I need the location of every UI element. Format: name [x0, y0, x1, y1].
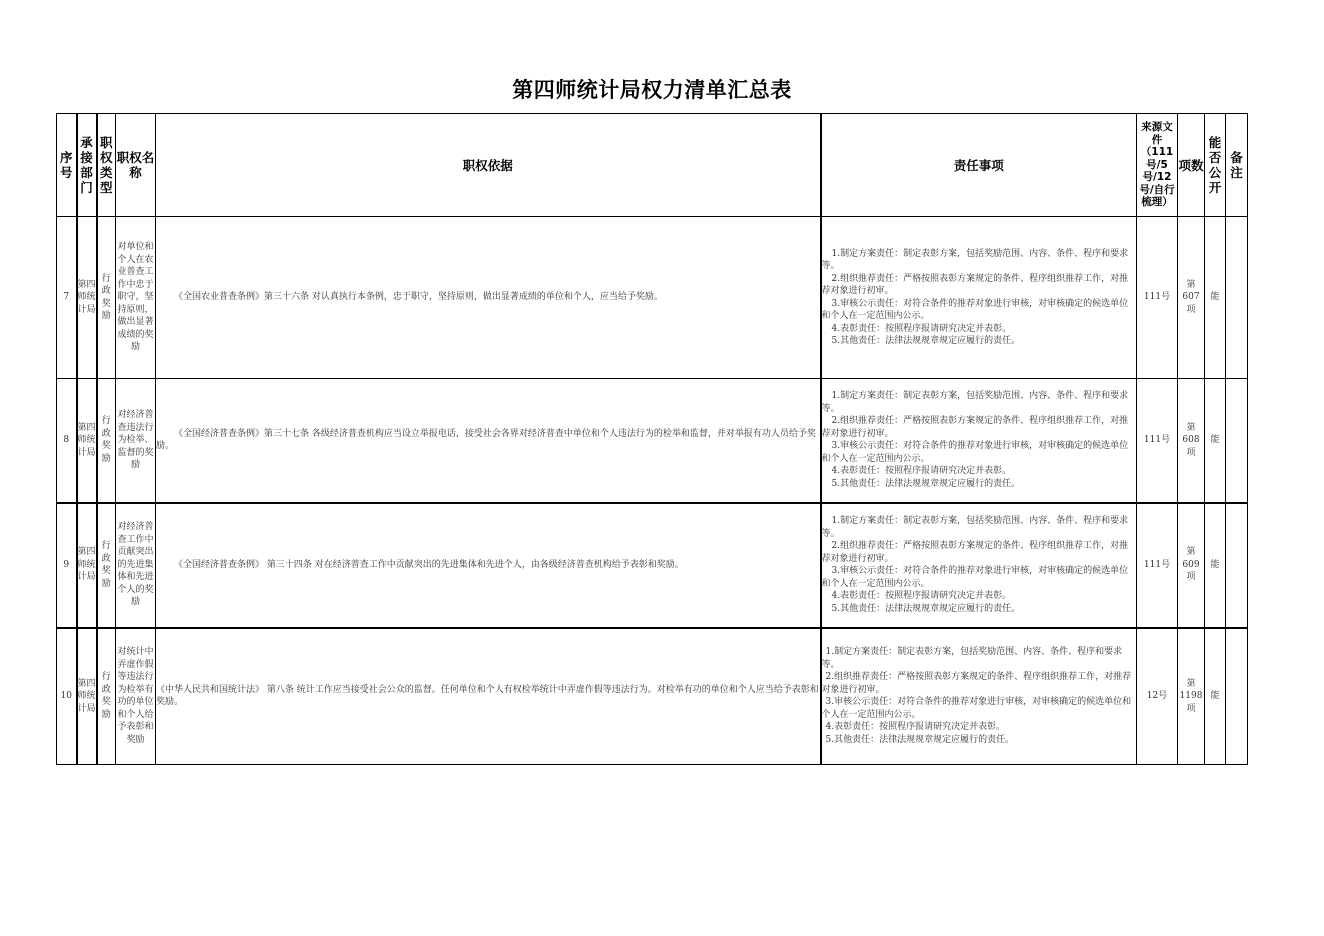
header-department: 承接部门 [77, 114, 97, 217]
public-cell: 能 [1205, 379, 1226, 503]
header-responsibilities: 责任事项 [821, 114, 1137, 217]
public-cell: 能 [1205, 217, 1226, 379]
header-row: 序号 承接部门 职权类型 职权名称 职权依据 责任事项 来源文件（111号/5号… [57, 114, 1248, 217]
responsibility-item: 3.审核公示责任：对符合条件的推荐对象进行审核，对审核确定的候选单位和个人在一定… [822, 696, 1137, 721]
header-item-no: 项数 [1178, 114, 1205, 217]
responsibility-item: 5.其他责任：法律法规规章规定应履行的责任。 [822, 478, 1137, 491]
item-no-cell: 第609项 [1178, 503, 1205, 628]
responsibility-item: 4.表彰责任：按照程序报请研究决定并表彰。 [822, 465, 1137, 478]
item-no-cell: 第608项 [1178, 379, 1205, 503]
remarks-cell [1226, 217, 1248, 379]
remarks-cell [1226, 503, 1248, 628]
basis-text: 《全国经济普查条例》 第三十四条 对在经济普查工作中贡献突出的先进集体和先进个人… [156, 559, 820, 572]
basis-cell: 《全国经济普查条例》 第三十四条 对在经济普查工作中贡献突出的先进集体和先进个人… [156, 503, 821, 628]
source-doc-cell: 12号 [1137, 628, 1178, 765]
responsibility-item: 2.组织推荐责任：严格按照表彰方案规定的条件、程序组织推荐工作，对推荐对象进行初… [822, 671, 1137, 696]
power-name-cell: 对经济普查工作中贡献突出的先进集体和先进个人的奖励 [116, 503, 156, 628]
power-type-cell: 行政奖励 [97, 217, 116, 379]
responsibility-item: 5.其他责任：法律法规规章规定应履行的责任。 [822, 734, 1137, 747]
responsibilities-cell: 1.制定方案责任：制定表彰方案，包括奖励范围、内容、条件、程序和要求等。 2.组… [821, 628, 1137, 765]
department-cell: 第四师统计局 [77, 628, 97, 765]
responsibility-item: 1.制定方案责任：制定表彰方案，包括奖励范围、内容、条件、程序和要求等。 [822, 646, 1137, 671]
department-cell: 第四师统计局 [77, 379, 97, 503]
basis-cell: 《全国农业普查条例》第三十六条 对认真执行本条例，忠于职守，坚持原则，做出显著成… [156, 217, 821, 379]
responsibility-item: 3.审核公示责任：对符合条件的推荐对象进行审核，对审核确定的候选单位和个人在一定… [822, 440, 1137, 465]
header-seq: 序号 [57, 114, 77, 217]
header-power-type: 职权类型 [97, 114, 116, 217]
table-row: 7 第四师统计局 行政奖励 对单位和个人在农业普查工作中忠于职守，坚持原则，做出… [57, 217, 1248, 379]
responsibilities-cell: 1.制定方案责任：制定表彰方案，包括奖励范围、内容、条件、程序和要求等。 2.组… [821, 379, 1137, 503]
responsibility-item: 5.其他责任：法律法规规章规定应履行的责任。 [822, 603, 1137, 616]
page-title: 第四师统计局权力清单汇总表 [0, 74, 1304, 104]
power-name-cell: 对单位和个人在农业普查工作中忠于职守，坚持原则，做出显著成绩的奖励 [116, 217, 156, 379]
responsibility-item: 1.制定方案责任：制定表彰方案，包括奖励范围、内容、条件、程序和要求等。 [822, 390, 1137, 415]
public-cell: 能 [1205, 503, 1226, 628]
responsibility-item: 4.表彰责任：按照程序报请研究决定并表彰。 [822, 323, 1137, 336]
table-row: 9 第四师统计局 行政奖励 对经济普查工作中贡献突出的先进集体和先进个人的奖励 … [57, 503, 1248, 628]
power-type-cell: 行政奖励 [97, 628, 116, 765]
table-row: 8 第四师统计局 行政奖励 对经济普查违法行为检举、监督的奖励 《全国经济普查条… [57, 379, 1248, 503]
responsibility-item: 2.组织推荐责任：严格按照表彰方案规定的条件、程序组织推荐工作，对推荐对象进行初… [822, 273, 1137, 298]
source-doc-cell: 111号 [1137, 217, 1178, 379]
source-doc-cell: 111号 [1137, 379, 1178, 503]
responsibility-item: 2.组织推荐责任：严格按照表彰方案规定的条件、程序组织推荐工作，对推荐对象进行初… [822, 415, 1137, 440]
basis-cell: 《全国经济普查条例》第三十七条 各级经济普查机构应当设立举报电话，接受社会各界对… [156, 379, 821, 503]
power-list-table: 序号 承接部门 职权类型 职权名称 职权依据 责任事项 来源文件（111号/5号… [56, 113, 1248, 765]
header-basis: 职权依据 [156, 114, 821, 217]
basis-text: 《中华人民共和国统计法》 第八条 统计工作应当接受社会公众的监督。任何单位和个人… [156, 684, 820, 709]
department-cell: 第四师统计局 [77, 217, 97, 379]
power-type-cell: 行政奖励 [97, 503, 116, 628]
seq-cell: 7 [57, 217, 77, 379]
responsibility-item: 3.审核公示责任：对符合条件的推荐对象进行审核，对审核确定的候选单位和个人在一定… [822, 565, 1137, 590]
remarks-cell [1226, 628, 1248, 765]
responsibility-item: 2.组织推荐责任：严格按照表彰方案规定的条件、程序组织推荐工作，对推荐对象进行初… [822, 540, 1137, 565]
responsibility-item: 3.审核公示责任：对符合条件的推荐对象进行审核，对审核确定的候选单位和个人在一定… [822, 298, 1137, 323]
responsibility-item: 1.制定方案责任：制定表彰方案，包括奖励范围、内容、条件、程序和要求等。 [822, 248, 1137, 273]
responsibility-item: 1.制定方案责任：制定表彰方案，包括奖励范围、内容、条件、程序和要求等。 [822, 515, 1137, 540]
seq-cell: 9 [57, 503, 77, 628]
source-doc-cell: 111号 [1137, 503, 1178, 628]
header-remarks: 备注 [1226, 114, 1248, 217]
header-source-doc: 来源文件（111号/5号/12号/自行梳理） [1137, 114, 1178, 217]
responsibility-item: 4.表彰责任：按照程序报请研究决定并表彰。 [822, 721, 1137, 734]
power-name-cell: 对统计中弄虚作假等违法行为检举有功的单位和个人给予表彰和奖励 [116, 628, 156, 765]
responsibilities-cell: 1.制定方案责任：制定表彰方案，包括奖励范围、内容、条件、程序和要求等。 2.组… [821, 503, 1137, 628]
seq-cell: 10 [57, 628, 77, 765]
table-row: 10 第四师统计局 行政奖励 对统计中弄虚作假等违法行为检举有功的单位和个人给予… [57, 628, 1248, 765]
power-type-cell: 行政奖励 [97, 379, 116, 503]
header-public: 能否公开 [1205, 114, 1226, 217]
seq-cell: 8 [57, 379, 77, 503]
basis-text: 《全国经济普查条例》第三十七条 各级经济普查机构应当设立举报电话，接受社会各界对… [156, 428, 820, 453]
power-name-cell: 对经济普查违法行为检举、监督的奖励 [116, 379, 156, 503]
header-power-name: 职权名称 [116, 114, 156, 217]
item-no-cell: 第1198项 [1178, 628, 1205, 765]
responsibility-item: 5.其他责任：法律法规规章规定应履行的责任。 [822, 335, 1137, 348]
responsibility-item: 4.表彰责任：按照程序报请研究决定并表彰。 [822, 590, 1137, 603]
basis-cell: 《中华人民共和国统计法》 第八条 统计工作应当接受社会公众的监督。任何单位和个人… [156, 628, 821, 765]
basis-text: 《全国农业普查条例》第三十六条 对认真执行本条例，忠于职守，坚持原则，做出显著成… [156, 291, 820, 304]
department-cell: 第四师统计局 [77, 503, 97, 628]
public-cell: 能 [1205, 628, 1226, 765]
item-no-cell: 第607项 [1178, 217, 1205, 379]
remarks-cell [1226, 379, 1248, 503]
responsibilities-cell: 1.制定方案责任：制定表彰方案，包括奖励范围、内容、条件、程序和要求等。 2.组… [821, 217, 1137, 379]
